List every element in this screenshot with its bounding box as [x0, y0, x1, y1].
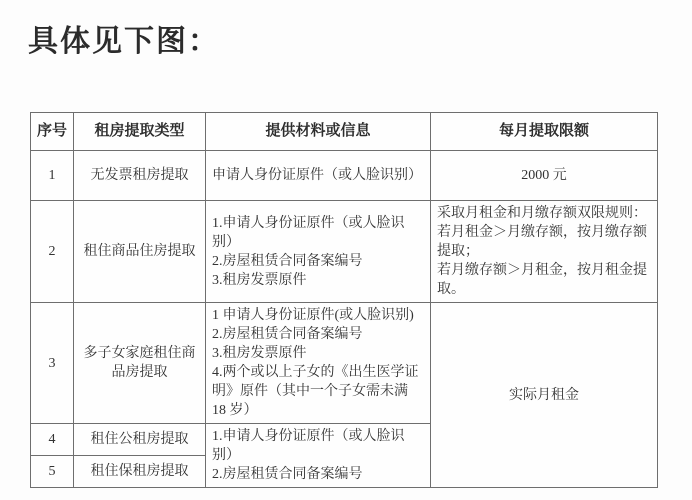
- page-title: 具体见下图：: [28, 16, 220, 60]
- cell-serial-number: 5: [31, 456, 74, 488]
- cell-serial-number: 2: [31, 201, 74, 303]
- cell-withdrawal-type: 多子女家庭租住商品房提取: [74, 303, 206, 424]
- page: 具体见下图： 序号 租房提取类型 提供材料或信息 每月提取限额 1 无发票租房提…: [0, 0, 692, 500]
- table-row: 3 多子女家庭租住商品房提取 1 申请人身份证原件(或人脸识别) 2.房屋租赁合…: [31, 303, 658, 424]
- rent-withdrawal-table: 序号 租房提取类型 提供材料或信息 每月提取限额 1 无发票租房提取 申请人身份…: [30, 112, 658, 488]
- table-row: 2 租住商品住房提取 1.申请人身份证原件（或人脸识别） 2.房屋租赁合同备案编…: [31, 201, 658, 303]
- cell-withdrawal-type: 无发票租房提取: [74, 151, 206, 201]
- cell-monthly-limit: 采取月租金和月缴存额双限规则： 若月租金＞月缴存额，按月缴存额提取； 若月缴存额…: [431, 201, 658, 303]
- cell-materials: 申请人身份证原件（或人脸识别）: [206, 151, 431, 201]
- cell-materials: 1 申请人身份证原件(或人脸识别) 2.房屋租赁合同备案编号 3.租房发票原件 …: [206, 303, 431, 424]
- cell-materials-merged: 1.申请人身份证原件（或人脸识别） 2.房屋租赁合同备案编号: [206, 424, 431, 488]
- cell-serial-number: 1: [31, 151, 74, 201]
- cell-materials: 1.申请人身份证原件（或人脸识别） 2.房屋租赁合同备案编号 3.租房发票原件: [206, 201, 431, 303]
- cell-serial-number: 4: [31, 424, 74, 456]
- header-materials-info: 提供材料或信息: [206, 113, 431, 151]
- cell-withdrawal-type: 租住公租房提取: [74, 424, 206, 456]
- header-monthly-limit: 每月提取限额: [431, 113, 658, 151]
- header-withdrawal-type: 租房提取类型: [74, 113, 206, 151]
- table-row: 1 无发票租房提取 申请人身份证原件（或人脸识别） 2000 元: [31, 151, 658, 201]
- table-header-row: 序号 租房提取类型 提供材料或信息 每月提取限额: [31, 113, 658, 151]
- cell-withdrawal-type: 租住商品住房提取: [74, 201, 206, 303]
- cell-monthly-limit: 2000 元: [431, 151, 658, 201]
- cell-serial-number: 3: [31, 303, 74, 424]
- cell-monthly-limit-merged: 实际月租金: [431, 303, 658, 488]
- cell-withdrawal-type: 租住保租房提取: [74, 456, 206, 488]
- header-serial-number: 序号: [31, 113, 74, 151]
